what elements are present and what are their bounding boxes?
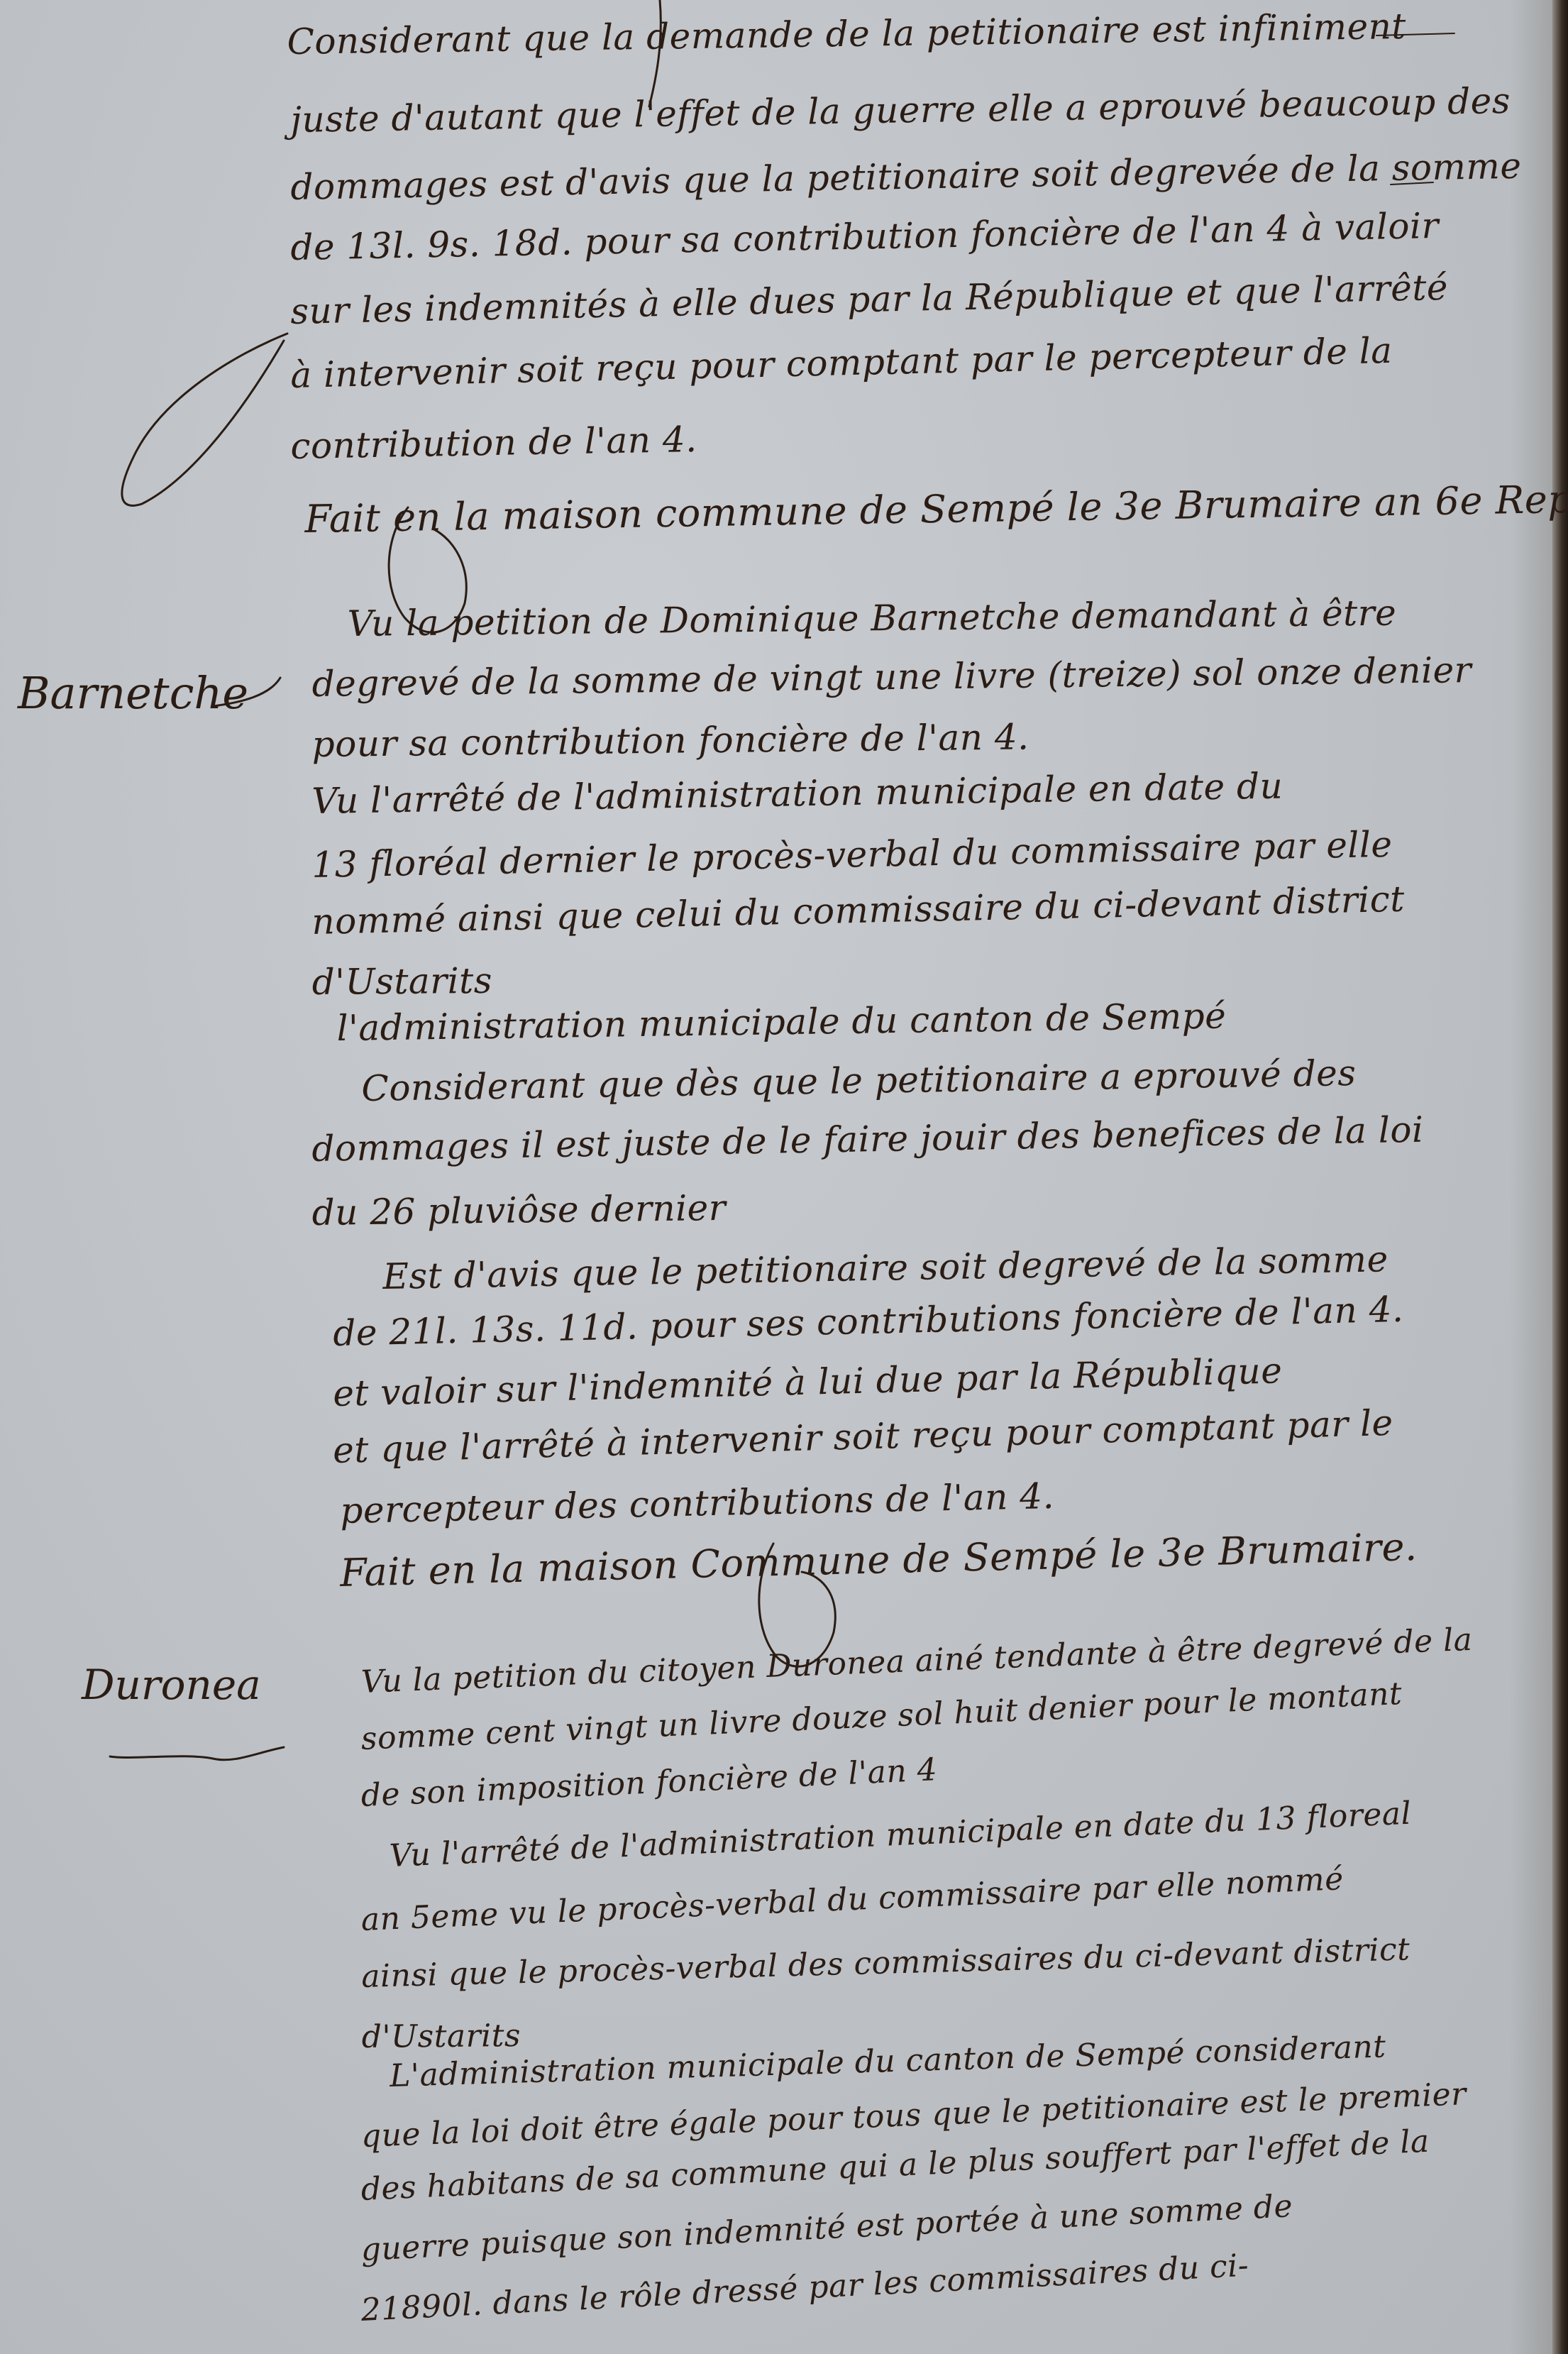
barnetche-line-5: 13 floréal dernier le procès-verbal du c… <box>311 824 1393 886</box>
duronea-swash <box>110 1747 284 1760</box>
book-binding-edge <box>1552 0 1568 2354</box>
barnetche-closing: Fait en la maison Commune de Sempé le 3e… <box>339 1524 1418 1595</box>
margin-note-duronea: Duronea <box>82 1661 261 1709</box>
barnetche-line-10: dommages il est juste de le faire jouir … <box>311 1109 1424 1170</box>
barnetche-line-9: Considerant que dès que le petitionaire … <box>361 1052 1357 1109</box>
entry-1-line-5: sur les indemnités à elle dues par la Ré… <box>290 267 1449 332</box>
margin-loop-flourish <box>122 334 287 505</box>
barnetche-line-3: pour sa contribution foncière de l'an 4. <box>311 716 1029 765</box>
duronea-line-3: de son imposition foncière de l'an 4 <box>360 1751 939 1814</box>
entry-1-line-7: contribution de l'an 4. <box>290 419 697 467</box>
duronea-line-5: an 5eme vu le procès-verbal du commissai… <box>360 1861 1345 1938</box>
barnetche-line-11: du 26 pluviôse dernier <box>311 1187 726 1233</box>
barnetche-line-6: nommé ainsi que celui du commissaire du … <box>311 879 1406 942</box>
barnetche-line-12: Est d'avis que le petitionaire soit degr… <box>382 1238 1388 1297</box>
entry-1-closing: Fait en la maison commune de Sempé le 3e… <box>304 477 1568 541</box>
duronea-line-4: Vu l'arrêté de l'administration municipa… <box>389 1795 1412 1874</box>
manuscript-page: Considerant que la demande de la petitio… <box>0 0 1568 2354</box>
duronea-line-6: ainsi que le procès-verbal des commissai… <box>361 1931 1410 1995</box>
barnetche-line-14: et valoir sur l'indemnité à lui due par … <box>333 1350 1283 1414</box>
entry-1-line-3: dommages est d'avis que la petitionaire … <box>290 145 1522 208</box>
barnetche-line-1: Vu la petition de Dominique Barnetche de… <box>347 593 1396 644</box>
margin-note-barnetche: Barnetche <box>18 667 248 719</box>
entry-1-line-4: de 13l. 9s. 18d. pour sa contribution fo… <box>290 205 1440 268</box>
barnetche-line-4: Vu l'arrêté de l'administration municipa… <box>311 766 1283 822</box>
barnetche-line-2: degrevé de la somme de vingt une livre (… <box>311 649 1472 705</box>
barnetche-line-7: d'Ustarits <box>311 960 492 1003</box>
entry-1-line-6: à intervenir soit reçu pour comptant par… <box>290 330 1393 396</box>
entry-1-line-1: Considerant que la demande de la petitio… <box>287 6 1406 62</box>
duronea-line-7: d'Ustarits <box>362 2018 521 2055</box>
barnetche-line-15: et que l'arrêté à intervenir soit reçu p… <box>332 1402 1393 1471</box>
binding-shadow <box>1510 0 1552 2354</box>
entry-1-line-2: juste d'autant que l'effet de la guerre … <box>290 80 1511 141</box>
barnetche-line-8: l'administration municipale du canton de… <box>336 996 1226 1049</box>
barnetche-line-16: percepteur des contributions de l'an 4. <box>340 1475 1055 1531</box>
barnetche-line-13: de 21l. 13s. 11d. pour ses contributions… <box>333 1289 1404 1354</box>
